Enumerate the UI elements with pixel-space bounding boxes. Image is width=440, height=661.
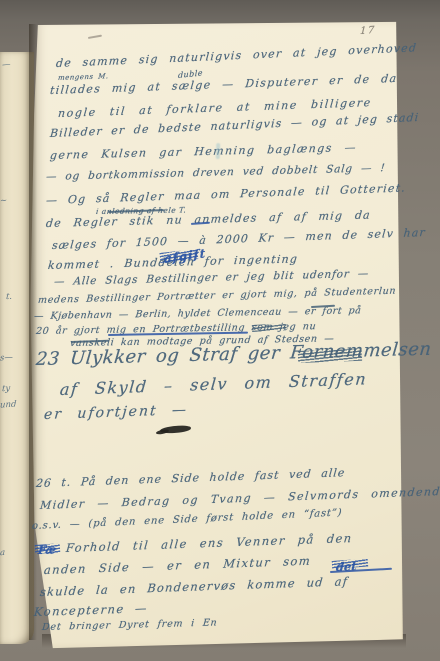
facing-page-text-fragment: t.: [6, 292, 13, 302]
manuscript-photo: 17 de samme sig naturligvis over at jeg …: [0, 0, 440, 661]
handwritten-line: Det bringer Dyret frem i En: [41, 617, 218, 633]
handwritten-line: — og bortkommission dreven ved dobbelt S…: [45, 162, 386, 183]
handwritten-line: Midler — Bedrag og Tvang — Selvmords ome…: [39, 485, 440, 512]
handwritten-line: o.s.v. — (på den ene Side først holde en…: [32, 507, 343, 532]
handwritten-line: medens Bestillinger Portrætter er gjort …: [37, 286, 396, 306]
handwritten-line: er ufortjent —: [43, 402, 188, 423]
facing-page-text-fragment: a: [0, 548, 5, 558]
handwritten-line: anden Side — er en Mixtur som: [43, 554, 311, 577]
page-number: 17: [360, 25, 376, 37]
facing-page-text-fragment: —: [2, 60, 11, 71]
handwritten-line: skulde la en Bondenervøs komme ud af: [39, 574, 348, 599]
ink-scribble-mark: [298, 349, 362, 363]
handwritten-line: de samme sig naturligvis over at jeg ove…: [55, 41, 417, 70]
handwritten-line: — Og så Regler maa om Personale til Gott…: [45, 181, 406, 207]
facing-page-text-fragment: s—: [0, 353, 13, 364]
ink-smudge: [216, 143, 221, 159]
handwritten-line: gerne Kulsen gar Hemning baglængs —: [49, 141, 357, 162]
ink-line-mark: [88, 35, 102, 39]
ink-scribble-mark: [332, 558, 368, 568]
facing-page-text-fragment: ty: [2, 384, 11, 395]
facing-page-text-fragment: und: [0, 399, 17, 410]
facing-page-text-fragment: ~: [0, 196, 7, 207]
handwritten-line: sælges for 1500 — à 2000 Kr — men de sel…: [51, 226, 426, 252]
handwritten-line: af Skyld – selv om Straffen: [59, 369, 368, 399]
ink-scribble-mark: [35, 543, 61, 554]
handwritten-line: — Alle Slags Bestillinger er jeg blit ud…: [53, 268, 369, 288]
ink-blot: [156, 429, 169, 435]
handwritten-line: mengens M.: [58, 72, 109, 82]
handwritten-line: de Regler stik nu anmeldes af af mig da: [45, 208, 371, 230]
handwriting-layer: 17 de samme sig naturligvis over at jeg …: [0, 0, 440, 661]
handwritten-line: Forhold til alle ens Venner på den: [65, 531, 353, 555]
handwritten-line: 26 t. På den ene Side holde fast ved all…: [35, 466, 345, 490]
handwritten-line: Koncepterne —: [33, 601, 148, 619]
